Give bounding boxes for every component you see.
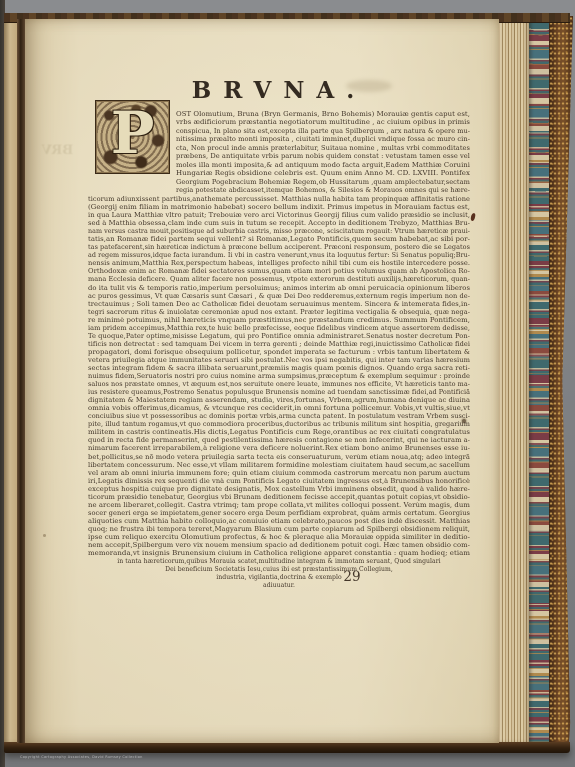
closing-text-line: adiuuatur. [88,572,470,580]
gutter-shadow [17,19,25,743]
drop-cap-letter: P [96,97,169,169]
paper-speck [43,534,46,537]
scanned-book-photo: BRV BRVNA. P OST Olomutium, Bruna (Bryn … [0,0,575,767]
page-block-fore-edge [497,18,532,745]
collection-watermark: Copyright Cartography Associates, David … [20,755,220,759]
page-number: 29 [337,569,367,585]
gold-tooled-leather-cover [549,16,573,745]
intro-text-line: OST Olomutium, Bruna (Bryn Germanis, Brn… [176,101,470,109]
body-text-line: ticorum adiunxissent partibus,anathemate… [88,186,470,194]
book-bottom-edge [4,742,570,753]
body-paragraph: ticorum adiunxissent partibus,anathemate… [88,186,470,548]
intro-paragraph: OST Olomutium, Bruna (Bryn Germanis, Brn… [176,101,470,185]
verso-show-through: BRV [30,143,85,213]
closing-taper-lines: in tanta hæreticorum,quibus Morauia scat… [88,548,470,580]
closing-text-line: in tanta hæreticorum,quibus Morauia scat… [88,548,470,556]
decorated-initial-block: P [95,100,170,174]
marbled-endpaper-edge [529,17,552,745]
